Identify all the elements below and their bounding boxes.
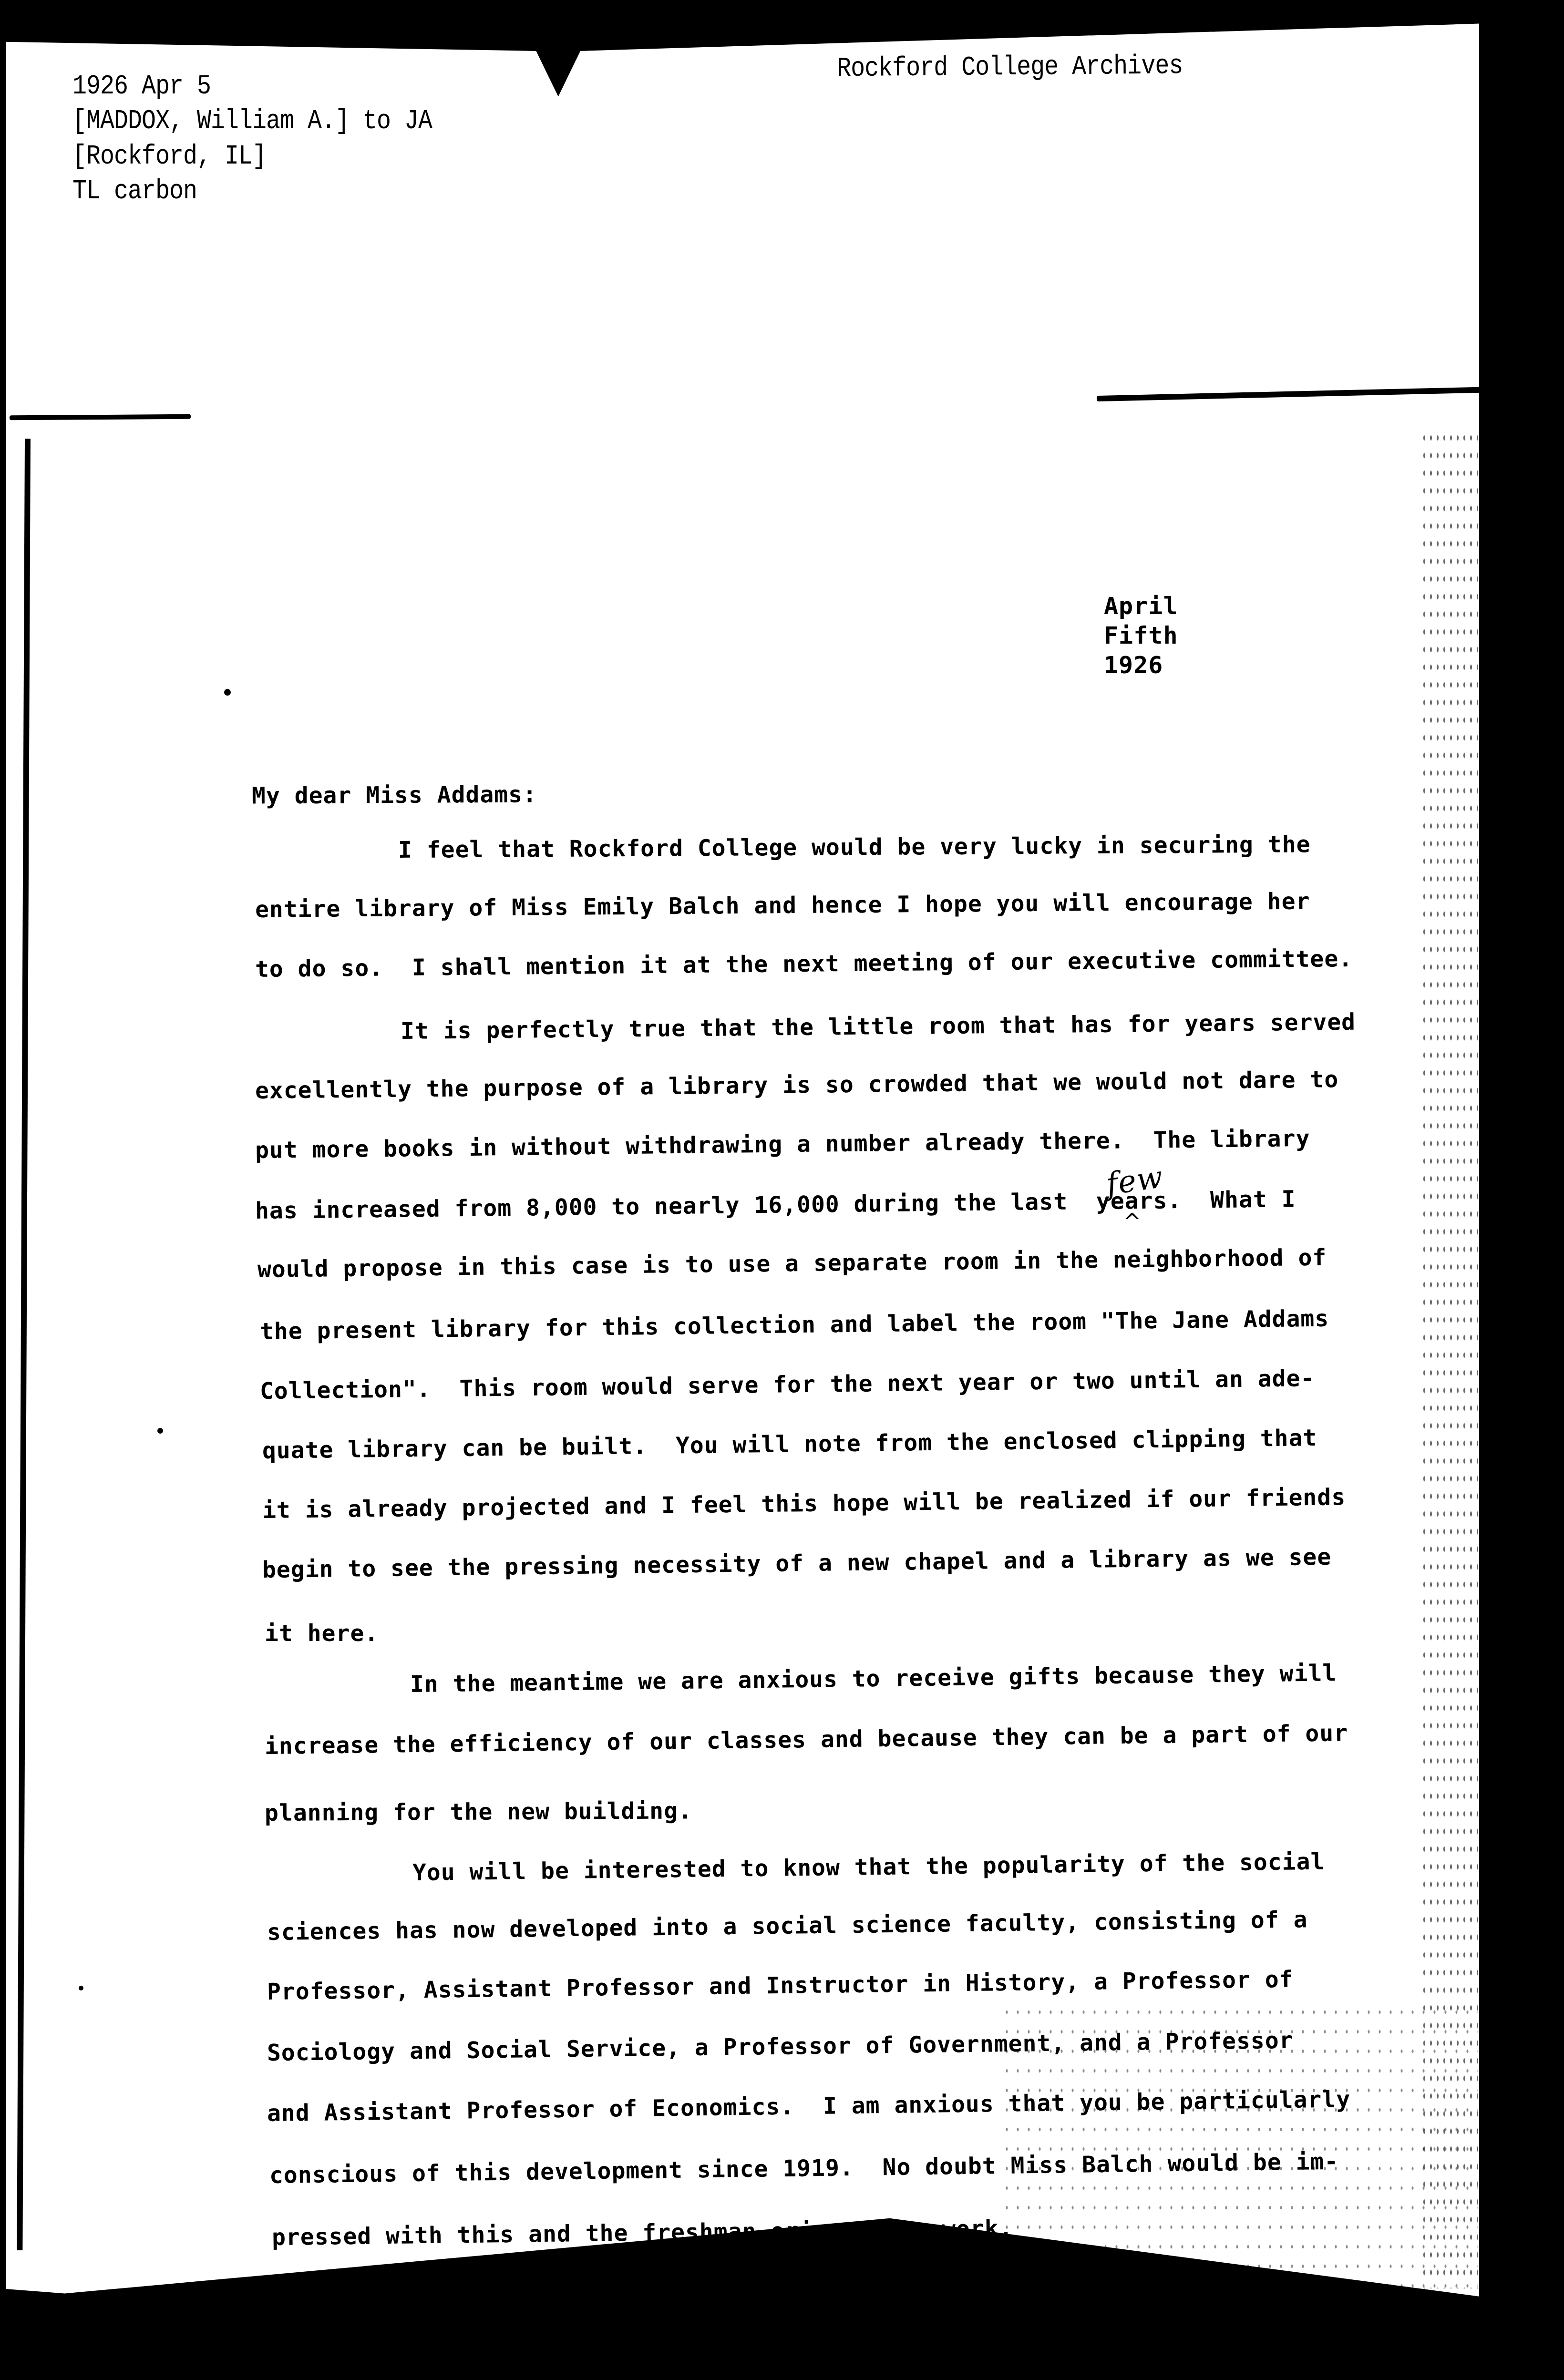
letter-line: to do so. I shall mention it at the next…	[255, 945, 1353, 983]
letter-line: and Assistant Professor of Economics. I …	[267, 2086, 1351, 2127]
letter-line: planning for the new building.	[265, 1797, 692, 1826]
insertion-caret: ^	[1123, 1209, 1142, 1234]
letter-line: the present library for this collection …	[260, 1305, 1329, 1345]
letter-line: conscious of this development since 1919…	[269, 2148, 1339, 2189]
letter-line: entire library of Miss Emily Balch and h…	[255, 888, 1310, 923]
date-year: 1926	[1104, 650, 1178, 680]
letter-line: I feel that Rockford College would be ve…	[398, 831, 1311, 863]
letter-line: excellently the purpose of a library is …	[255, 1066, 1339, 1104]
letter-line: increase the efficiency of our classes a…	[265, 1720, 1348, 1760]
date-day: Fifth	[1104, 621, 1178, 650]
letter-line: sciences has now developed into a social…	[267, 1906, 1308, 1946]
letter-line: quate library can be built. You will not…	[262, 1425, 1317, 1464]
date-month: April	[1104, 591, 1178, 621]
letter-line: You will be interested to know that the …	[412, 1848, 1325, 1886]
letter-line: pressed with this and the freshman orien…	[272, 2215, 1013, 2251]
letter-line: begin to see the pressing necessity of a…	[262, 1544, 1332, 1583]
letter-line: Professor, Assistant Professor and Instr…	[267, 1966, 1294, 2005]
letter-line: it is already projected and I feel this …	[262, 1484, 1346, 1524]
letter-line: put more books in without withdrawing a …	[255, 1125, 1310, 1164]
letter-line: In the meantime we are anxious to receiv…	[410, 1660, 1337, 1698]
letter-line: would propose in this case is to use a s…	[257, 1244, 1327, 1283]
letter-body: April Fifth 1926 My dear Miss Addams: I …	[0, 0, 1564, 2380]
letter-line: Collection". This room would serve for t…	[260, 1365, 1315, 1405]
letter-line: It is perfectly true that the little roo…	[401, 1009, 1356, 1045]
letter-date: April Fifth 1926	[1104, 591, 1178, 680]
letter-line: Sociology and Social Service, a Professo…	[267, 2027, 1294, 2066]
salutation: My dear Miss Addams:	[252, 781, 537, 809]
letter-line: it here.	[265, 1620, 379, 1647]
